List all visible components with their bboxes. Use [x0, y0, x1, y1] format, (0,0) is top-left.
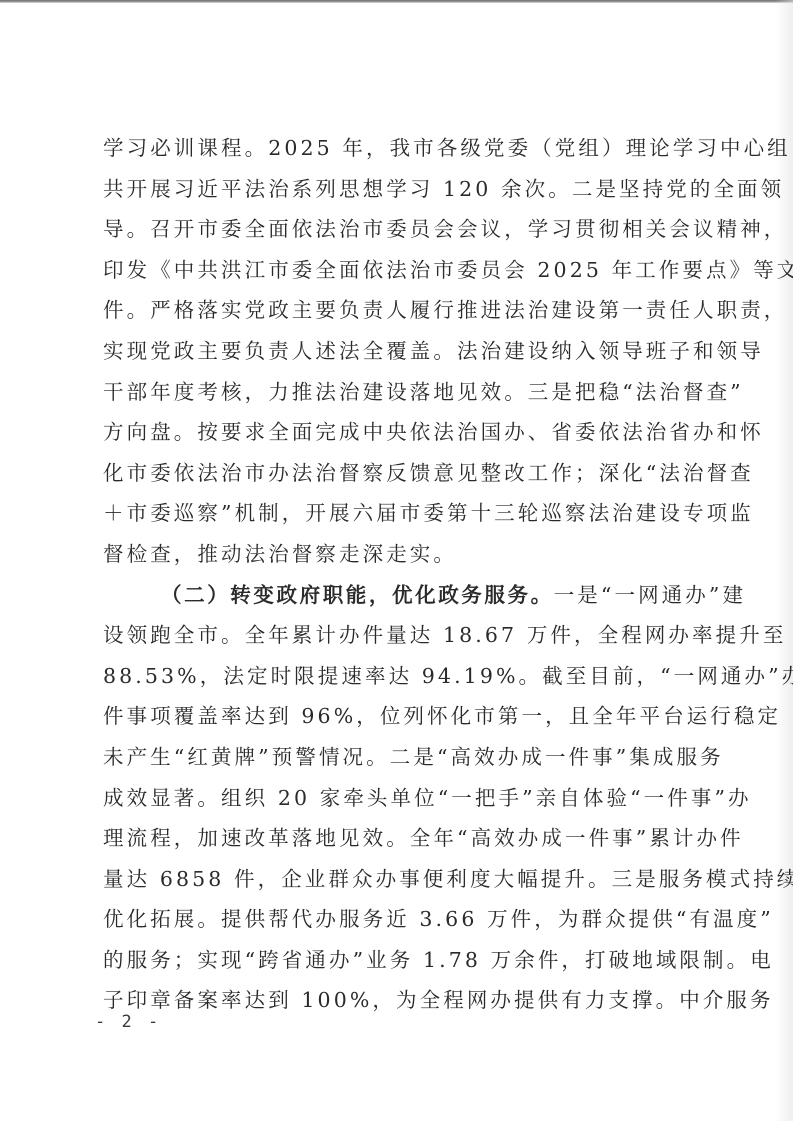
text-line: 子印章备案率达到 100%，为全程网办提供有力支撑。中介服务: [103, 980, 691, 1021]
document-body: 学习必训课程。2025 年，我市各级党委（党组）理论学习中心组 共开展习近平法治…: [103, 128, 693, 1021]
text-line: ＋市委巡察”机制，开展六届市委第十三轮巡察法治建设专项监: [103, 493, 691, 534]
text-line: 件事项覆盖率达到 96%，位列怀化市第一，且全年平台运行稳定: [103, 696, 691, 737]
text-line: 干部年度考核，力推法治建设落地见效。三是把稳“法治督查”: [103, 372, 691, 413]
text-line: 的服务；实现“跨省通办”业务 1.78 万余件，打破地域限制。电: [103, 940, 691, 981]
text-line: 理流程，加速改革落地见效。全年“高效办成一件事”累计办件: [103, 818, 691, 859]
text-line: 实现党政主要负责人述法全覆盖。法治建设纳入领导班子和领导: [103, 331, 691, 372]
text-line: 学习必训课程。2025 年，我市各级党委（党组）理论学习中心组: [103, 128, 691, 169]
text-line: 件。严格落实党政主要负责人履行推进法治建设第一责任人职责，: [103, 290, 691, 331]
text-line: 化市委依法治市办法治督察反馈意见整改工作；深化“法治督查: [103, 453, 691, 494]
text-line: 88.53%，法定时限提速率达 94.19%。截至目前，“一网通办”办: [103, 656, 691, 697]
text-line: 导。召开市委全面依法治市委员会会议，学习贯彻相关会议精神，: [103, 209, 691, 250]
paragraph-2: （二）转变政府职能，优化政务服务。一是“一网通办”建 设领跑全市。全年累计办件量…: [103, 575, 693, 1022]
text-line: 方向盘。按要求全面完成中央依法治国办、省委依法治省办和怀: [103, 412, 691, 453]
document-page: 学习必训课程。2025 年，我市各级党委（党组）理论学习中心组 共开展习近平法治…: [0, 0, 793, 1121]
page-number: - 2 -: [95, 1012, 161, 1032]
paragraph-1: 学习必训课程。2025 年，我市各级党委（党组）理论学习中心组 共开展习近平法治…: [103, 128, 693, 575]
heading-line-rest: 一是“一网通办”建: [554, 583, 746, 607]
text-line: 优化拓展。提供帮代办服务近 3.66 万件，为群众提供“有温度”: [103, 899, 691, 940]
text-line: 督检查，推动法治督察走深走实。: [103, 534, 691, 575]
text-line: 共开展习近平法治系列思想学习 120 余次。二是坚持党的全面领: [103, 169, 691, 210]
text-line: 设领跑全市。全年累计办件量达 18.67 万件，全程网办率提升至: [103, 615, 691, 656]
scan-shadow-artifact: [775, 0, 793, 1121]
scan-edge-artifact: [0, 0, 793, 3]
text-line: 未产生“红黄牌”预警情况。二是“高效办成一件事”集成服务: [103, 737, 691, 778]
text-line-with-heading: （二）转变政府职能，优化政务服务。一是“一网通办”建: [103, 575, 691, 616]
text-line: 量达 6858 件，企业群众办事便利度大幅提升。三是服务模式持续: [103, 859, 691, 900]
section-heading: （二）转变政府职能，优化政务服务。: [161, 583, 554, 607]
text-line: 印发《中共洪江市委全面依法治市委员会 2025 年工作要点》等文: [103, 250, 691, 291]
text-line: 成效显著。组织 20 家牵头单位“一把手”亲自体验“一件事”办: [103, 778, 691, 819]
